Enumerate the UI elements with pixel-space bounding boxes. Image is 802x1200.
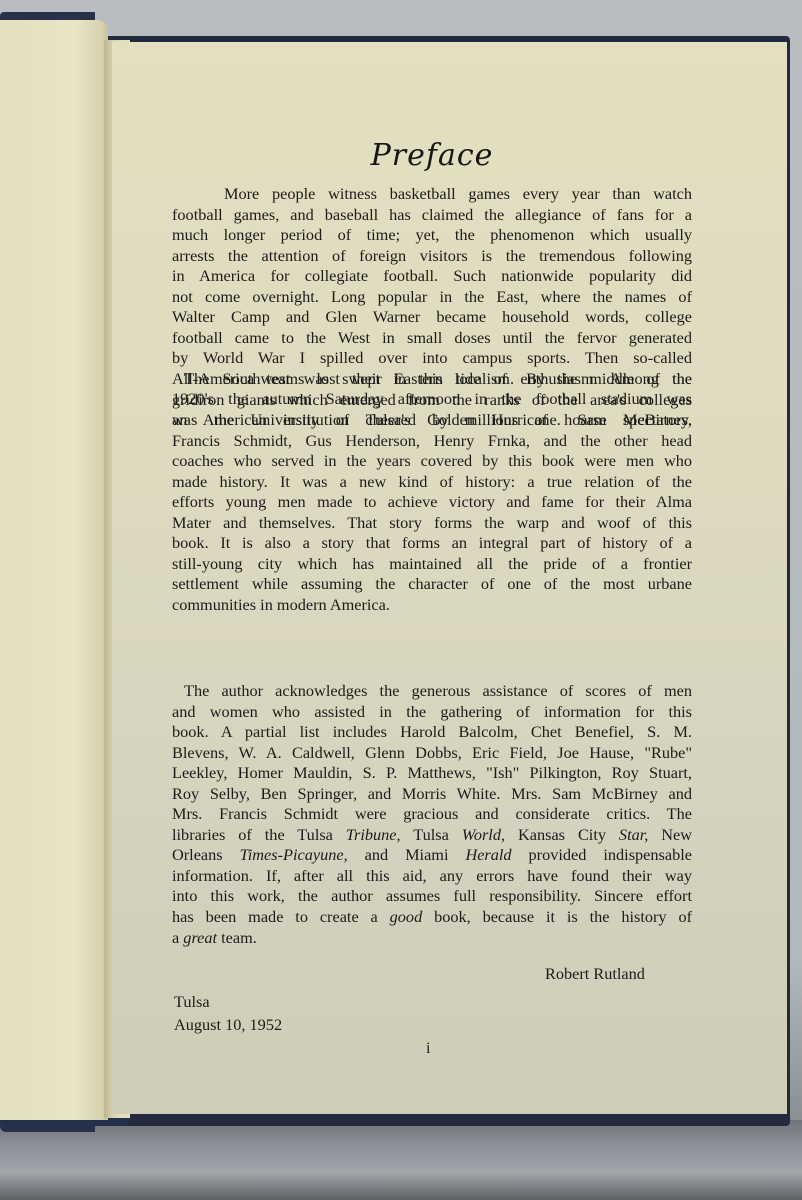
text-line: Walter Camp and Glen Warner became house…	[172, 307, 692, 328]
left-page-blank	[0, 20, 108, 1120]
text-line: football games, and baseball has claimed…	[172, 205, 692, 226]
text-line: Mrs. Francis Schmidt were gracious and c…	[172, 804, 692, 825]
text-line: book. A partial list includes Harold Bal…	[172, 722, 692, 743]
text-line: still-young city which has maintained al…	[172, 554, 692, 575]
text-line: book. It is also a story that forms an i…	[172, 533, 692, 554]
text-line: in America for collegiate football. Such…	[172, 266, 692, 287]
text-line: Mater and themselves. That story forms t…	[172, 513, 692, 534]
newspaper-name: Tribune,	[346, 825, 401, 844]
text-line: arrests the attention of foreign visitor…	[172, 246, 692, 267]
text-line: coaches who served in the years covered …	[172, 451, 692, 472]
text-line: Francis Schmidt, Gus Henderson, Henry Fr…	[172, 431, 692, 452]
newspaper-name: Star,	[619, 825, 648, 844]
author-signature: Robert Rutland	[545, 964, 645, 984]
text-line: much longer period of time; yet, the phe…	[172, 225, 692, 246]
text-line: not come overnight. Long popular in the …	[172, 287, 692, 308]
text-line: communities in modern America.	[172, 595, 692, 616]
text-line: information. If, after all this aid, any…	[172, 866, 692, 887]
text-line: Orleans Times-Picayune, and Miami Herald…	[172, 845, 692, 866]
place: Tulsa	[174, 990, 282, 1013]
text-line: football came to the West in small doses…	[172, 328, 692, 349]
text-line: Blevens, W. A. Caldwell, Glenn Dobbs, Er…	[172, 743, 692, 764]
place-and-date: Tulsa August 10, 1952	[174, 990, 282, 1036]
text-line: gridiron giants which emerged from the r…	[172, 390, 692, 411]
text-line: made history. It was a new kind of histo…	[172, 472, 692, 493]
text-line: More people witness basketball games eve…	[172, 184, 692, 205]
text-line: settlement while assuming the character …	[172, 574, 692, 595]
text-line: into this work, the author assumes full …	[172, 886, 692, 907]
paragraph-2: The Southwest was swept in this tide of …	[172, 369, 692, 616]
text-line: libraries of the Tulsa Tribune, Tulsa Wo…	[172, 825, 692, 846]
page-number: i	[426, 1040, 430, 1058]
emphasis: great	[183, 928, 217, 947]
text-line: efforts young men made to achieve victor…	[172, 492, 692, 513]
text-line: The author acknowledges the generous ass…	[172, 681, 692, 702]
text-line: Leekley, Homer Mauldin, S. P. Matthews, …	[172, 763, 692, 784]
page-title: Preface	[172, 138, 692, 173]
emphasis: good	[390, 907, 423, 926]
text-line: by World War I spilled over into campus …	[172, 348, 692, 369]
text-line: was the University of Tulsa's Golden Hur…	[172, 410, 692, 431]
text-line: The Southwest was swept in this tide of …	[172, 369, 692, 390]
text-line: has been made to create a good book, bec…	[172, 907, 692, 928]
newspaper-name: World,	[462, 825, 505, 844]
newspaper-name: Times-Picayune,	[240, 845, 348, 864]
newspaper-name: Herald	[465, 845, 511, 864]
table-surface	[0, 1120, 802, 1200]
text-line: Roy Selby, Ben Springer, and Morris Whit…	[172, 784, 692, 805]
paragraph-3: The author acknowledges the generous ass…	[172, 681, 692, 948]
text-line: a great team.	[172, 928, 692, 949]
text-line: and women who assisted in the gathering …	[172, 702, 692, 723]
date: August 10, 1952	[174, 1013, 282, 1036]
